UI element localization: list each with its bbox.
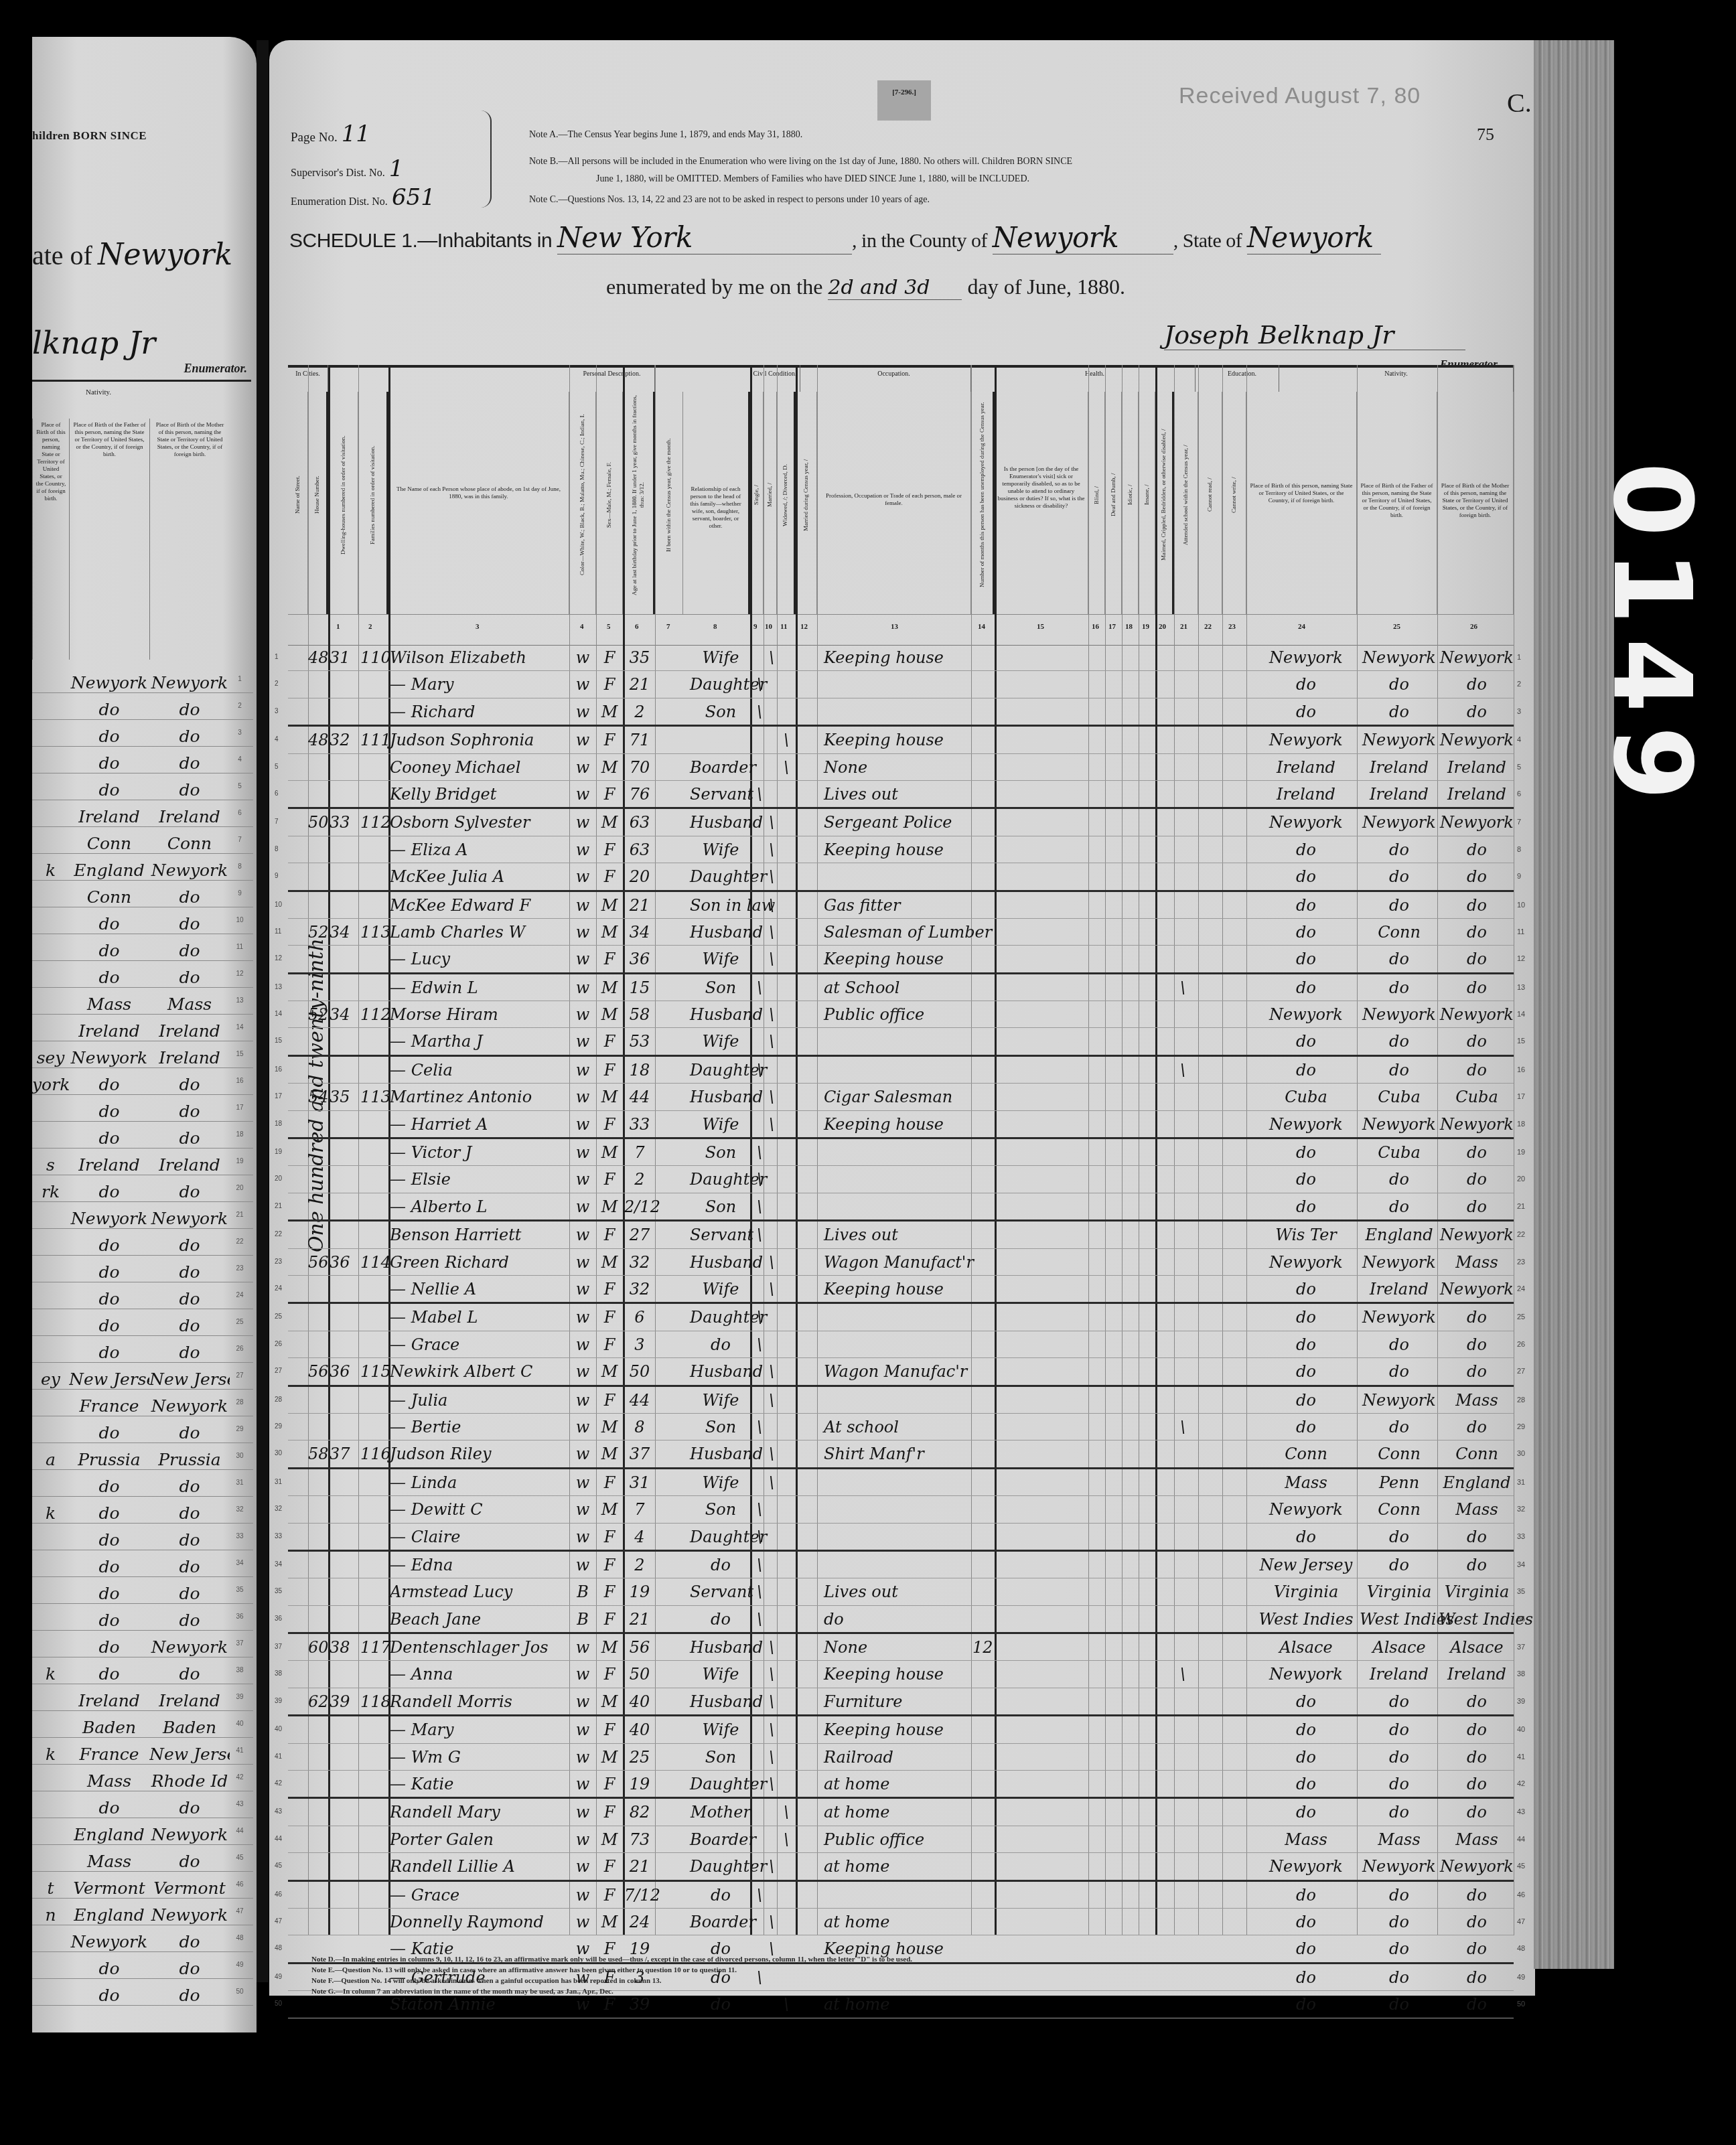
- form-number: [7-296.]: [877, 80, 931, 121]
- civil-condition-mark: \: [769, 838, 778, 862]
- left-cell: Newyork: [69, 673, 149, 692]
- table-row: 26— GracewF3dodododo\26: [288, 1331, 1514, 1358]
- table-row: 376038117Dentenschlager JoswM56HusbandNo…: [288, 1634, 1514, 1661]
- cell-dwelling: [330, 1112, 356, 1136]
- cell-rel: Husband: [690, 1250, 751, 1274]
- cell-age: 3: [624, 1333, 655, 1357]
- cell-dwelling: 34: [330, 920, 356, 944]
- cell-sex: M: [597, 1085, 622, 1109]
- cell-occ: at School: [824, 976, 971, 1000]
- cell-age: 21: [624, 672, 655, 696]
- left-cell: do: [69, 1664, 149, 1684]
- cell-house: [308, 1223, 328, 1247]
- left-line-number: 32: [230, 1506, 250, 1513]
- left-cell: do: [69, 1316, 149, 1335]
- left-table-row: dodo2: [32, 693, 253, 720]
- line-number: 28: [1517, 1388, 1537, 1412]
- cell-mbp: do: [1439, 1195, 1515, 1219]
- cell-fbp: do: [1360, 1058, 1439, 1082]
- civil-condition-mark: \: [769, 1003, 778, 1027]
- cell-color: w: [573, 1854, 593, 1878]
- civil-condition-mark: \: [757, 1058, 766, 1082]
- cell-rel: do: [690, 1553, 751, 1577]
- cell-family: [360, 1058, 388, 1082]
- cell-house: 48: [308, 728, 328, 752]
- cell-unemp: [972, 865, 994, 889]
- cell-color: w: [573, 1525, 593, 1549]
- cell-age: 20: [624, 865, 655, 889]
- note-e: Note E.—Question No. 13 will only be ask…: [311, 1965, 912, 1976]
- cell-age: 33: [624, 1112, 655, 1136]
- cell-unemp: [972, 947, 994, 971]
- cell-name: Randell Morris: [390, 1690, 571, 1714]
- left-cell: do: [69, 1102, 149, 1121]
- line-number: 14: [1517, 1003, 1537, 1027]
- cell-name: — Wm G: [390, 1745, 571, 1769]
- left-cell: Ireland: [149, 1155, 230, 1175]
- cell-occ: at home: [824, 1910, 971, 1934]
- cell-fbp: Newyork: [1360, 728, 1439, 752]
- civil-condition-mark: \: [769, 920, 778, 944]
- civil-condition-mark: \: [757, 1580, 766, 1604]
- left-cell: Ireland: [69, 807, 149, 826]
- cell-sex: M: [597, 810, 622, 834]
- left-cell: do: [149, 1611, 230, 1630]
- left-cell: k: [32, 861, 69, 880]
- cell-bp: do: [1252, 1415, 1360, 1439]
- cell-occ: Lives out: [824, 782, 971, 806]
- line-number: 22: [1517, 1223, 1537, 1247]
- cell-bp: do: [1252, 1029, 1360, 1053]
- cell-unemp: [972, 1140, 994, 1165]
- left-line-number: 13: [230, 997, 250, 1005]
- supervisor-dist-value: 1: [389, 155, 404, 182]
- cell-unemp: [972, 1718, 994, 1742]
- table-row: 29— BertiewM8SonAt schooldododo\\29: [288, 1414, 1514, 1440]
- cell-bp: do: [1252, 1937, 1360, 1961]
- cell-dwelling: [330, 1800, 356, 1824]
- cell-color: w: [573, 782, 593, 806]
- cell-ln: 32: [275, 1497, 284, 1522]
- cell-occ: [824, 1525, 971, 1549]
- cell-unemp: [972, 1662, 994, 1686]
- left-table-row: kdodo38: [32, 1657, 253, 1684]
- left-line-number: 12: [230, 970, 250, 978]
- cell-occ: Keeping house: [824, 838, 971, 862]
- cell-dwelling: [330, 700, 356, 724]
- left-cell: do: [149, 1343, 230, 1362]
- cell-fbp: Ireland: [1360, 1662, 1439, 1686]
- colnum-15: 15: [1037, 623, 1044, 631]
- cell-family: [360, 1223, 388, 1247]
- cell-rel: Son: [690, 1415, 751, 1439]
- cell-rel: Daughter: [690, 1305, 751, 1329]
- left-state-value: Newyork: [98, 238, 232, 272]
- left-table-row: dodo5: [32, 773, 253, 800]
- cell-house: 48: [308, 646, 328, 670]
- cell-occ: Keeping house: [824, 1662, 971, 1686]
- left-cell: do: [69, 914, 149, 934]
- cell-house: 60: [308, 1635, 328, 1659]
- cell-family: [360, 1471, 388, 1495]
- cell-dwelling: [330, 1525, 356, 1549]
- cell-family: [360, 947, 388, 971]
- left-table-row: dodo12: [32, 961, 253, 988]
- cell-sex: F: [597, 1580, 622, 1604]
- cell-color: w: [573, 865, 593, 889]
- table-row: 44Porter GalenwM73BoarderPublic officeMa…: [288, 1826, 1514, 1853]
- line-number: 8: [1517, 838, 1537, 862]
- cell-name: — Grace: [390, 1333, 571, 1357]
- cell-bp: Newyork: [1252, 1662, 1360, 1686]
- cell-mbp: do: [1439, 700, 1515, 724]
- cell-fbp: do: [1360, 1910, 1439, 1934]
- cell-age: 44: [624, 1085, 655, 1109]
- cell-age: 21: [624, 1854, 655, 1878]
- cell-color: w: [573, 1497, 593, 1522]
- cell-dwelling: [330, 1745, 356, 1769]
- cell-fbp: do: [1360, 1525, 1439, 1549]
- cell-color: w: [573, 1305, 593, 1329]
- cell-family: [360, 1772, 388, 1796]
- civil-condition-mark: \: [769, 1662, 778, 1686]
- left-cell: do: [149, 968, 230, 987]
- cell-mbp: Newyork: [1439, 646, 1515, 670]
- cell-fbp: Ireland: [1360, 782, 1439, 806]
- left-table-row: ConnConn7: [32, 827, 253, 854]
- cell-age: 8: [624, 1415, 655, 1439]
- cell-color: w: [573, 1388, 593, 1412]
- cell-family: [360, 1415, 388, 1439]
- cell-name: Wilson Elizabeth: [390, 646, 571, 670]
- cell-unemp: [972, 1388, 994, 1412]
- cell-unemp: [972, 1195, 994, 1219]
- left-enumerator-signature: lknap Jr: [32, 325, 155, 361]
- cell-age: 21: [624, 893, 655, 917]
- left-line-number: 28: [230, 1399, 250, 1406]
- cell-fbp: do: [1360, 1772, 1439, 1796]
- left-cell: Mass: [69, 1771, 149, 1791]
- left-table-row: dodo29: [32, 1416, 253, 1443]
- table-row: 22Benson HarriettwF27ServantLives outWis…: [288, 1222, 1514, 1248]
- cell-ln: 18: [275, 1112, 284, 1136]
- cell-age: 82: [624, 1800, 655, 1824]
- cell-unemp: [972, 1966, 994, 1990]
- civil-condition-mark: \: [769, 1690, 778, 1714]
- left-table-row: dodo31: [32, 1470, 253, 1497]
- left-line-number: 10: [230, 917, 250, 924]
- cell-ln: 50: [275, 1992, 284, 2016]
- cell-family: [360, 1607, 388, 1631]
- cell-mbp: do: [1439, 1745, 1515, 1769]
- cell-fbp: Cuba: [1360, 1085, 1439, 1109]
- left-cell: do: [69, 968, 149, 987]
- cell-house: [308, 1388, 328, 1412]
- cell-mbp: do: [1439, 1910, 1515, 1934]
- left-cell: s: [32, 1155, 69, 1175]
- civil-condition-mark: \: [757, 1415, 766, 1439]
- cell-bp: do: [1252, 865, 1360, 889]
- left-table-row: dodo22: [32, 1229, 253, 1256]
- cell-unemp: [972, 976, 994, 1000]
- line-number: 48: [1517, 1937, 1537, 1961]
- cell-mbp: do: [1439, 838, 1515, 862]
- cell-rel: [690, 728, 751, 752]
- table-row: 10McKee Edward FwM21Son in lawGas fitter…: [288, 892, 1514, 919]
- cell-ln: 49: [275, 1966, 284, 1990]
- cell-occ: At school: [824, 1415, 971, 1439]
- header-sickness: Is the person [on the day of the Enumera…: [995, 392, 1088, 614]
- cell-occ: [824, 1195, 971, 1219]
- cell-bp: do: [1252, 1910, 1360, 1934]
- cell-age: 2: [624, 1553, 655, 1577]
- left-cell: do: [69, 1959, 149, 1978]
- cell-bp: do: [1252, 672, 1360, 696]
- cell-ln: 44: [275, 1828, 284, 1852]
- cell-sex: M: [597, 755, 622, 780]
- cell-age: 50: [624, 1359, 655, 1384]
- cell-sex: F: [597, 1525, 622, 1549]
- cell-dwelling: 33: [330, 810, 356, 834]
- cell-rel: Wife: [690, 646, 751, 670]
- left-cell: New Jersey: [149, 1745, 230, 1764]
- table-row: 33— ClairewF4Daughterdododo\33: [288, 1524, 1514, 1552]
- cell-family: [360, 1553, 388, 1577]
- cell-occ: [824, 1058, 971, 1082]
- left-cell: do: [149, 1530, 230, 1550]
- line-number: 2: [1517, 672, 1537, 696]
- cell-house: [308, 755, 328, 780]
- cell-ln: 45: [275, 1854, 284, 1878]
- cell-dwelling: [330, 976, 356, 1000]
- cell-unemp: [972, 1497, 994, 1522]
- left-table-row: BadenBaden40: [32, 1711, 253, 1738]
- table-row: 15— Martha JwF53Wifedododo\15: [288, 1028, 1514, 1056]
- cell-occ: Sergeant Police: [824, 810, 971, 834]
- cell-unemp: [972, 1553, 994, 1577]
- cell-name: — Anna: [390, 1662, 571, 1686]
- cell-unemp: [972, 1471, 994, 1495]
- cell-dwelling: [330, 947, 356, 971]
- cell-sex: F: [597, 1277, 622, 1301]
- group-education: Education.: [1206, 365, 1279, 392]
- cell-bp: Mass: [1252, 1828, 1360, 1852]
- left-line-number: 1: [230, 676, 250, 683]
- cell-color: w: [573, 1333, 593, 1357]
- cell-mbp: do: [1439, 893, 1515, 917]
- cell-house: 62: [308, 1690, 328, 1714]
- table-row: 44832111Judson SophroniawF71Keeping hous…: [288, 727, 1514, 753]
- cell-name: — Mary: [390, 672, 571, 696]
- left-cell: do: [69, 1128, 149, 1148]
- left-cell: t: [32, 1878, 69, 1898]
- left-cell: Ireland: [69, 1155, 149, 1175]
- colnum-11: 11: [780, 623, 787, 631]
- enumeration-dist-value: 651: [392, 184, 435, 211]
- civil-condition-mark: \: [769, 1029, 778, 1053]
- cell-name: — Elsie: [390, 1167, 571, 1191]
- cell-occ: [824, 1029, 971, 1053]
- note-b-line1: Note B.—All persons will be included in …: [529, 157, 1072, 167]
- cell-age: 63: [624, 810, 655, 834]
- colnum-8: 8: [713, 623, 717, 631]
- cell-house: [308, 1525, 328, 1549]
- civil-condition-mark: \: [757, 672, 766, 696]
- cell-family: [360, 1195, 388, 1219]
- table-row: 45Randell Lillie AwF21Daughterat homeNew…: [288, 1853, 1514, 1881]
- left-table-row: NewyorkNewyork21: [32, 1202, 253, 1229]
- left-cell: do: [149, 1316, 230, 1335]
- cell-unemp: [972, 646, 994, 670]
- cell-rel: Husband: [690, 1690, 751, 1714]
- table-row: 275636115Newkirk Albert CwM50HusbandWago…: [288, 1358, 1514, 1386]
- cell-bp: Ireland: [1252, 782, 1360, 806]
- cell-dwelling: [330, 1553, 356, 1577]
- cell-mbp: do: [1439, 1992, 1515, 2016]
- header-blind: Blind, /: [1088, 392, 1105, 614]
- cell-sex: F: [597, 782, 622, 806]
- cell-unemp: 12: [972, 1635, 994, 1659]
- table-row: 24— Nellie AwF32WifeKeeping housedoIrela…: [288, 1276, 1514, 1304]
- table-row: 305837116Judson RileywM37HusbandShirt Ma…: [288, 1440, 1514, 1469]
- cell-fbp: West Indies: [1360, 1607, 1439, 1631]
- cell-name: — Edna: [390, 1553, 571, 1577]
- cell-sex: M: [597, 1690, 622, 1714]
- cell-age: 73: [624, 1828, 655, 1852]
- cell-ln: 5: [275, 755, 284, 780]
- left-line-number: 20: [230, 1185, 250, 1192]
- county-value: Newyork: [993, 221, 1119, 254]
- page-no-value: 11: [342, 121, 370, 147]
- line-number: 24: [1517, 1277, 1537, 1301]
- cell-family: [360, 1305, 388, 1329]
- cell-dwelling: 36: [330, 1250, 356, 1274]
- left-line-number: 27: [230, 1372, 250, 1380]
- cell-fbp: do: [1360, 865, 1439, 889]
- line-number: 29: [1517, 1415, 1537, 1439]
- left-cell: Newyork: [149, 1396, 230, 1416]
- left-table-row: dodo18: [32, 1122, 253, 1149]
- cell-rel: Wife: [690, 1029, 751, 1053]
- cell-mbp: Newyork: [1439, 1003, 1515, 1027]
- cell-unemp: [972, 1883, 994, 1907]
- cell-ln: 17: [275, 1085, 284, 1109]
- left-header-father-birthplace: Place of Birth of the Father of this per…: [69, 419, 149, 660]
- cell-house: [308, 1112, 328, 1136]
- left-cell: do: [149, 753, 230, 773]
- cell-fbp: Newyork: [1360, 1112, 1439, 1136]
- cell-ln: 48: [275, 1937, 284, 1961]
- page-no-field: Page No.11: [291, 121, 370, 147]
- cell-age: 34: [624, 920, 655, 944]
- header-name: The Name of each Person whose place of a…: [388, 392, 569, 614]
- cell-ln: 25: [275, 1305, 284, 1329]
- civil-condition-mark: \: [757, 1525, 766, 1549]
- cell-dwelling: [330, 1662, 356, 1686]
- cell-house: [308, 1772, 328, 1796]
- cell-fbp: Newyork: [1360, 646, 1439, 670]
- cell-rel: Son: [690, 700, 751, 724]
- left-line-number: 37: [230, 1640, 250, 1647]
- line-number: 26: [1517, 1333, 1537, 1357]
- cell-ln: 39: [275, 1690, 284, 1714]
- cell-occ: Keeping house: [824, 728, 971, 752]
- table-row: 14831110Wilson ElizabethwF35WifeKeeping …: [288, 644, 1514, 671]
- line-number: 6: [1517, 782, 1537, 806]
- cell-fbp: Newyork: [1360, 1854, 1439, 1878]
- cell-sex: F: [597, 1607, 622, 1631]
- cell-house: 56: [308, 1359, 328, 1384]
- cell-name: Dentenschlager Jos: [390, 1635, 571, 1659]
- cell-family: 116: [360, 1442, 388, 1466]
- left-cell: do: [69, 1986, 149, 2005]
- civil-condition-mark: \: [784, 755, 793, 780]
- cell-color: w: [573, 1910, 593, 1934]
- left-cell: Prussia: [69, 1450, 149, 1469]
- left-table-row: MassRhode Id42: [32, 1765, 253, 1791]
- cell-name: — Eliza A: [390, 838, 571, 862]
- colnum-25: 25: [1393, 623, 1400, 631]
- left-line-number: 9: [230, 890, 250, 897]
- cell-name: — Edwin L: [390, 976, 571, 1000]
- left-cell: do: [69, 1637, 149, 1657]
- left-cell: do: [149, 914, 230, 934]
- left-cell: do: [69, 727, 149, 746]
- cell-color: w: [573, 646, 593, 670]
- cell-family: [360, 1854, 388, 1878]
- cell-age: 44: [624, 1388, 655, 1412]
- cell-ln: 23: [275, 1250, 284, 1274]
- left-cell: do: [149, 1262, 230, 1282]
- line-number: 12: [1517, 947, 1537, 971]
- line-number: 4: [1517, 728, 1537, 752]
- left-line-number: 39: [230, 1694, 250, 1701]
- cell-house: [308, 1058, 328, 1082]
- cell-age: 7: [624, 1497, 655, 1522]
- civil-condition-mark: \: [769, 1854, 778, 1878]
- left-line-number: 30: [230, 1453, 250, 1460]
- left-cell: Mass: [69, 1852, 149, 1871]
- civil-condition-mark: \: [757, 782, 766, 806]
- table-row: 42— KatiewF19Daughterat homedododo\42: [288, 1771, 1514, 1799]
- colnum-18: 18: [1125, 623, 1133, 631]
- cell-unemp: [972, 1029, 994, 1053]
- cell-age: 40: [624, 1718, 655, 1742]
- table-row: 25— Mabel LwF6DaughterdoNewyorkdo\25: [288, 1304, 1514, 1331]
- left-table-top-rule: [32, 380, 251, 382]
- cell-rel: Boarder: [690, 1910, 751, 1934]
- cell-age: 6: [624, 1305, 655, 1329]
- cell-sex: F: [597, 672, 622, 696]
- cell-occ: Gas fitter: [824, 893, 971, 917]
- cell-occ: None: [824, 755, 971, 780]
- left-cell: do: [69, 700, 149, 719]
- cell-rel: Wife: [690, 947, 751, 971]
- left-facing-page: hildren BORN SINCE ate ofNewyork lknap J…: [32, 37, 257, 2032]
- left-line-number: 48: [230, 1935, 250, 1942]
- line-number: 42: [1517, 1772, 1537, 1796]
- left-line-number: 17: [230, 1104, 250, 1112]
- cell-house: [308, 976, 328, 1000]
- cell-dwelling: 39: [330, 1690, 356, 1714]
- cell-rel: do: [690, 1333, 751, 1357]
- cell-sex: F: [597, 865, 622, 889]
- left-table-row: dodo23: [32, 1256, 253, 1282]
- civil-condition-mark: \: [769, 1112, 778, 1136]
- table-row: 6Kelly BridgetwF76ServantLives outIrelan…: [288, 781, 1514, 809]
- line-number: 41: [1517, 1745, 1537, 1769]
- cell-fbp: Virginia: [1360, 1580, 1439, 1604]
